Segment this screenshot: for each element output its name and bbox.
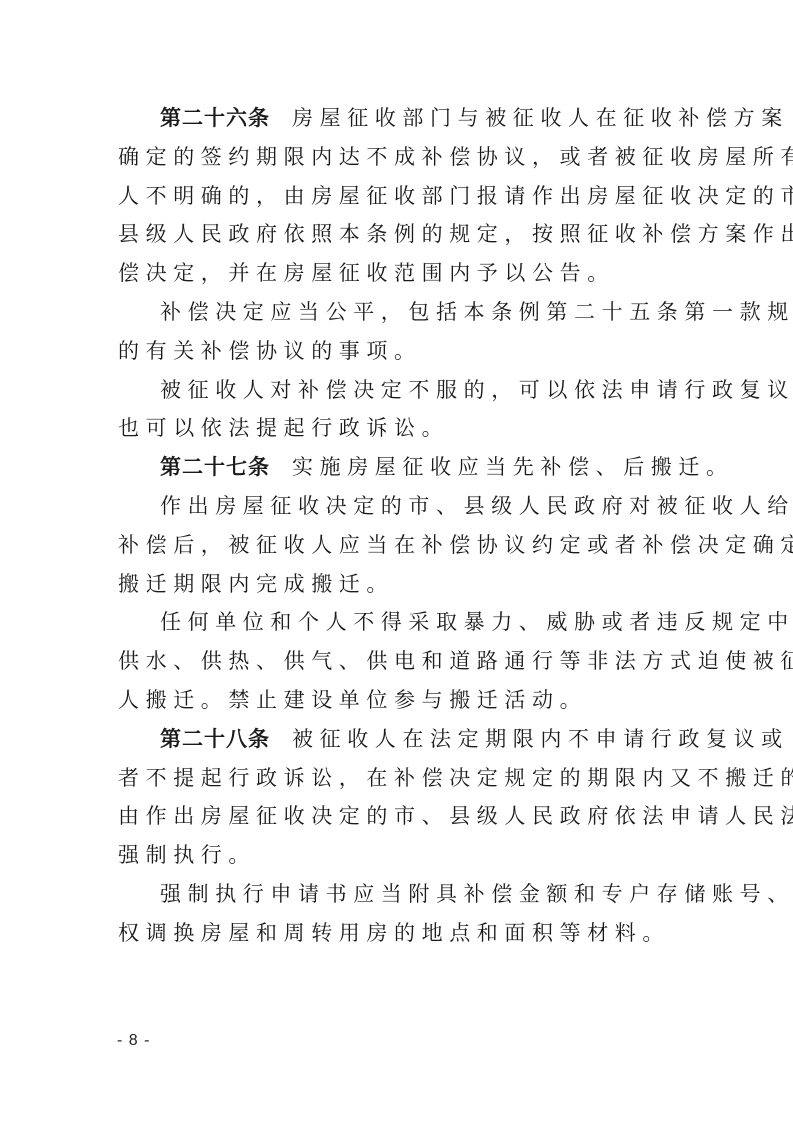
article-text-line: 县级人民政府依照本条例的规定，按照征收补偿方案作出补 [118, 215, 678, 254]
article-27-first-line: 第二十七条实施房屋征收应当先补偿、后搬迁。 [118, 448, 678, 487]
article-28-first-line: 第二十八条被征收人在法定期限内不申请行政复议或 [118, 720, 678, 759]
paragraph-line: 被征收人对补偿决定不服的，可以依法申请行政复议， [118, 371, 678, 410]
paragraph-line: 补偿后，被征收人应当在补偿协议约定或者补偿决定确定的 [118, 526, 678, 565]
paragraph-line: 供水、供热、供气、供电和道路通行等非法方式迫使被征收 [118, 642, 678, 681]
article-text-line: 确定的签约期限内达不成补偿协议，或者被征收房屋所有权 [118, 138, 678, 177]
paragraph-line: 任何单位和个人不得采取暴力、威胁或者违反规定中断 [118, 603, 678, 642]
article-text-line: 由作出房屋征收决定的市、县级人民政府依法申请人民法院 [118, 797, 678, 836]
article-text: 实施房屋征收应当先补偿、后搬迁。 [292, 455, 734, 479]
article-text-line: 强制执行。 [118, 836, 678, 875]
article-text: 房屋征收部门与被征收人在征收补偿方案 [292, 106, 789, 130]
paragraph-line: 人搬迁。禁止建设单位参与搬迁活动。 [118, 681, 678, 720]
paragraph-line: 搬迁期限内完成搬迁。 [118, 565, 678, 604]
article-label: 第二十六条 [160, 106, 270, 130]
paragraph-line: 作出房屋征收决定的市、县级人民政府对被征收人给予 [118, 487, 678, 526]
paragraph-line: 权调换房屋和周转用房的地点和面积等材料。 [118, 914, 678, 953]
page-number: - 8 - [117, 1032, 150, 1050]
paragraph-line: 强制执行申请书应当附具补偿金额和专户存储账号、产 [118, 875, 678, 914]
paragraph-line: 的有关补偿协议的事项。 [118, 332, 678, 371]
paragraph-line: 也可以依法提起行政诉讼。 [118, 409, 678, 448]
article-label: 第二十七条 [160, 455, 270, 479]
article-text-line: 者不提起行政诉讼，在补偿决定规定的期限内又不搬迁的， [118, 759, 678, 798]
article-text-line: 偿决定，并在房屋征收范围内予以公告。 [118, 254, 678, 293]
article-text-line: 人不明确的，由房屋征收部门报请作出房屋征收决定的市、 [118, 177, 678, 216]
paragraph-line: 补偿决定应当公平，包括本条例第二十五条第一款规定 [118, 293, 678, 332]
article-label: 第二十八条 [160, 727, 270, 751]
document-page: 第二十六条房屋征收部门与被征收人在征收补偿方案 确定的签约期限内达不成补偿协议，… [118, 99, 678, 953]
article-text: 被征收人在法定期限内不申请行政复议或 [292, 727, 789, 751]
article-26-first-line: 第二十六条房屋征收部门与被征收人在征收补偿方案 [118, 99, 678, 138]
